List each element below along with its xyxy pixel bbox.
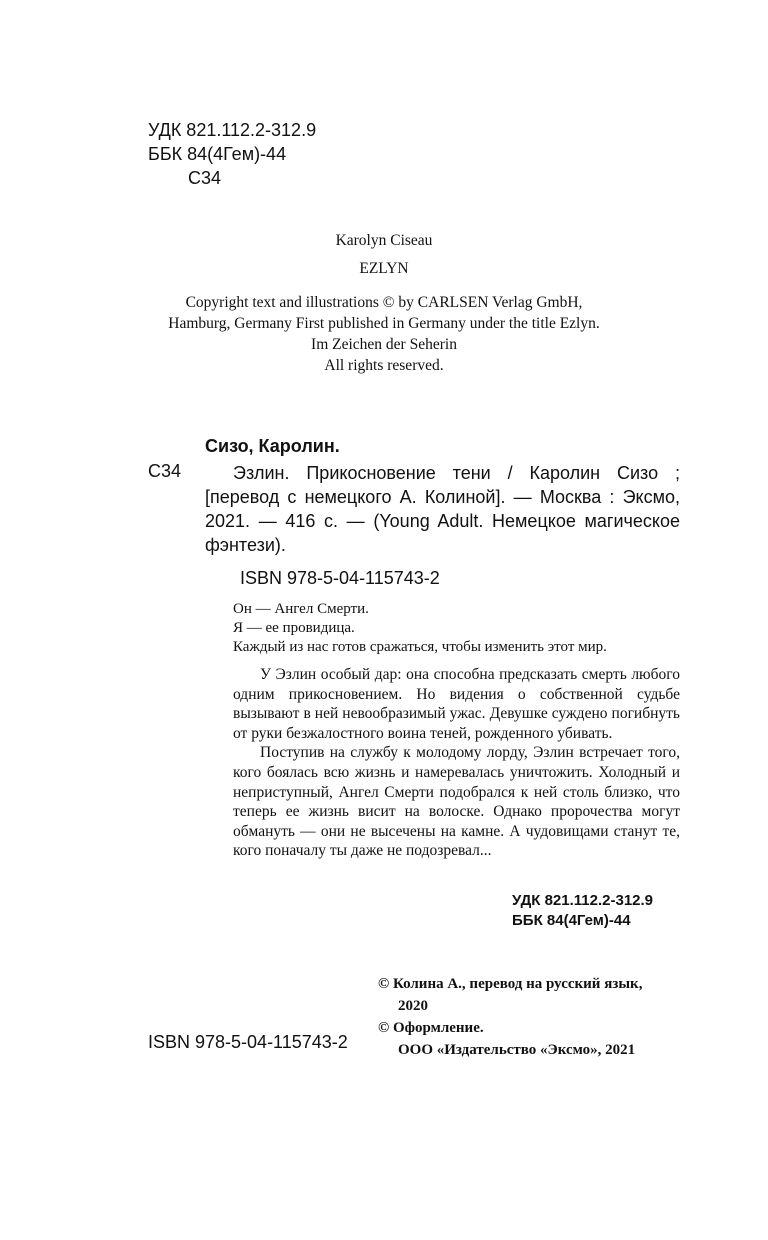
- bibliographic-description: Эзлин. Прикосновение тени / Каролин Сизо…: [205, 461, 680, 557]
- tagline-line: Я — ее провидица.: [233, 619, 607, 638]
- original-author: Karolyn Ciseau: [100, 232, 668, 250]
- classification-codes: УДК 821.112.2-312.9 ББК 84(4Гем)-44 С34: [148, 118, 316, 190]
- footer-classification-codes: УДК 821.112.2-312.9 ББК 84(4Гем)-44: [512, 891, 653, 931]
- footer-bbk-code: ББК 84(4Гем)-44: [512, 911, 653, 931]
- tagline-line: Каждый из нас готов сражаться, чтобы изм…: [233, 638, 607, 657]
- annotation-paragraph: Поступив на службу к молодому лорду, Эзл…: [233, 743, 680, 861]
- annotation-paragraph: У Эзлин особый дар: она способна предска…: [233, 665, 680, 743]
- copyright-line: Copyright text and illustrations © by CA…: [100, 292, 668, 313]
- bibliographic-author-heading: Сизо, Каролин.: [205, 436, 340, 457]
- isbn-main: ISBN 978-5-04-115743-2: [240, 568, 440, 589]
- bibliographic-description-text: Эзлин. Прикосновение тени / Каролин Сизо…: [205, 461, 680, 557]
- bibliographic-author-sign: С34: [148, 461, 181, 482]
- udk-code: УДК 821.112.2-312.9: [148, 118, 316, 142]
- copyright-line: Im Zeichen der Seherin: [100, 334, 668, 355]
- copyright-translation-year: 2020: [378, 995, 642, 1017]
- copyright-publisher: ООО «Издательство «Эксмо», 2021: [378, 1039, 642, 1061]
- annotation: У Эзлин особый дар: она способна предска…: [233, 665, 680, 861]
- author-sign: С34: [148, 166, 316, 190]
- footer-udk-code: УДК 821.112.2-312.9: [512, 891, 653, 911]
- tagline-line: Он — Ангел Смерти.: [233, 600, 607, 619]
- original-copyright: Copyright text and illustrations © by CA…: [100, 292, 668, 376]
- copyright-design: © Оформление.: [378, 1017, 642, 1039]
- copyright-line: Hamburg, Germany First published in Germ…: [100, 313, 668, 334]
- isbn-footer: ISBN 978-5-04-115743-2: [148, 1032, 348, 1053]
- original-title: EZLYN: [100, 260, 668, 278]
- copyright-line: All rights reserved.: [100, 355, 668, 376]
- bbk-code: ББК 84(4Гем)-44: [148, 142, 316, 166]
- footer-copyrights: © Колина А., перевод на русский язык, 20…: [378, 973, 642, 1061]
- copyright-translation: © Колина А., перевод на русский язык,: [378, 973, 642, 995]
- tagline: Он — Ангел Смерти. Я — ее провидица. Каж…: [233, 600, 607, 657]
